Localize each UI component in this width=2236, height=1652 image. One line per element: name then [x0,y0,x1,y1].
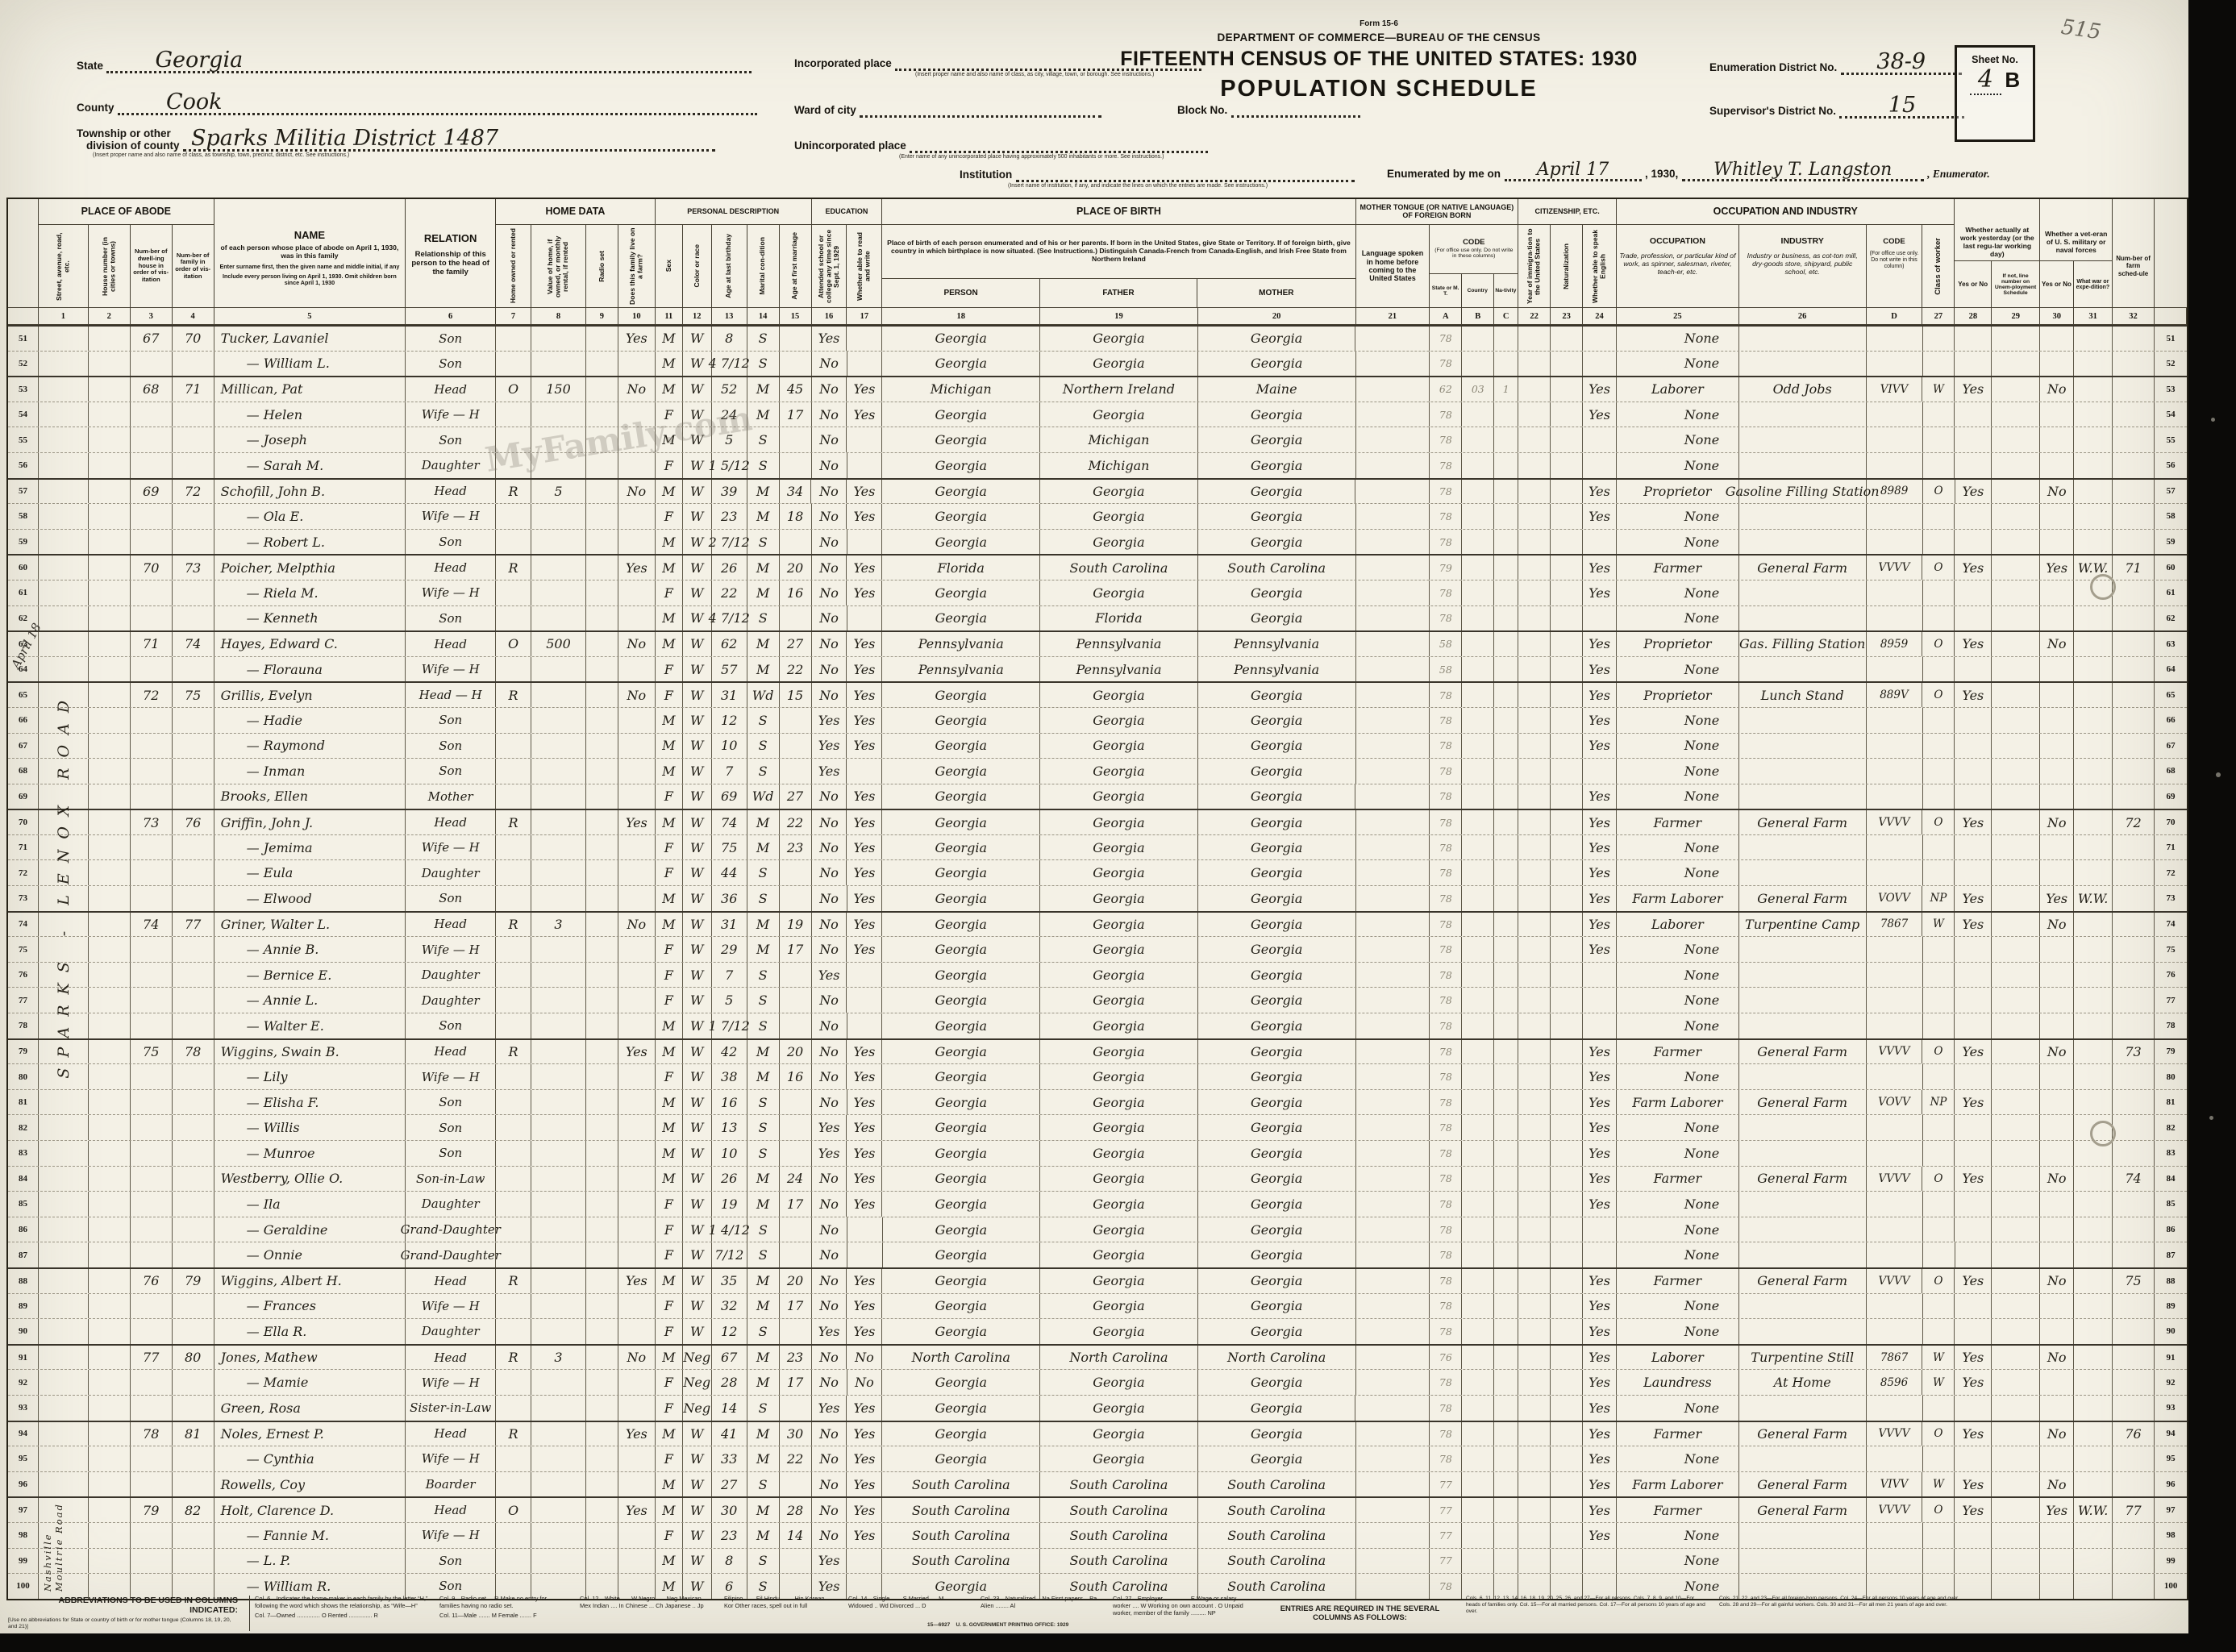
cell-bpp: Georgia [882,1192,1040,1217]
cell-fs [2113,427,2155,452]
cell-farm [618,886,656,911]
cell-fs [2113,913,2155,937]
cell-bpp: Georgia [882,759,1040,784]
cell-sch: No [812,1013,847,1038]
cell-house [89,480,131,504]
cell-fs [2113,1472,2155,1497]
cell-read: Yes [847,1294,882,1319]
cell-farm [618,784,656,809]
colnum-wk: 28 [1955,308,1992,324]
cell-cb [1462,1446,1494,1471]
entries-notes-2: Cols. 21, 22, and 23—For all foreign-bor… [1719,1596,1961,1631]
cell-sex: M [656,734,683,759]
cell-rel: Head [406,913,496,937]
cell-ind [1739,963,1867,988]
cell-race: W [683,1217,712,1242]
cell-ln: 70 [8,810,39,834]
cell-farm: No [618,913,656,937]
cell-read: Yes [847,1446,882,1471]
cell-name: — Annie L. [214,988,406,1013]
cell-fam [173,1090,214,1115]
cell-sch: Yes [812,1319,847,1344]
cell-fs [2113,759,2155,784]
cell-radio [586,1319,618,1344]
cell-lang [1356,1115,1430,1140]
cell-vet [2040,580,2074,605]
colnum-fam: 4 [173,308,214,324]
cell-wk: Yes [1955,632,1992,656]
cell-age: 14 [712,1396,747,1421]
cell-ln: 55 [8,427,39,452]
cell-fam: 77 [173,913,214,937]
cell-ln: 51 [8,327,39,351]
cell-mar: S [747,1217,780,1242]
col-unemployment-line: If not, line number on Unem-ployment Sch… [1992,261,2039,307]
cell-eng: Yes [1583,1167,1617,1192]
cell-sch: No [812,402,847,427]
cell-vet [2040,657,2074,682]
cell-bpm: South Carolina [1198,556,1356,580]
cell-cc: 1 [1494,377,1518,402]
cell-race: Neg [683,1396,712,1421]
cell-yr [1518,580,1551,605]
cell-race: W [683,1141,712,1166]
cell-val [531,1141,586,1166]
cell-ca: 76 [1430,1346,1462,1370]
cell-yr [1518,1446,1551,1471]
cell-fam [173,708,214,733]
cell-ln: 79 [8,1040,39,1064]
ward-label: Ward of city [794,104,856,116]
cell-un [1992,377,2040,402]
cell-sex: M [656,530,683,555]
cell-cls: O [1922,1422,1955,1446]
cell-race: W [683,1269,712,1293]
cell-bpp: Georgia [882,427,1040,452]
cell-cd [1867,784,1923,809]
cell-war [2074,860,2113,885]
cell-un [1992,988,2040,1013]
cell-house [89,530,131,555]
cell-ind: At Home [1739,1370,1867,1395]
colnum-agem: 15 [780,308,812,324]
cell-sex: F [656,1192,683,1217]
cell-val [531,708,586,733]
cell-name: — Hadie [214,708,406,733]
cell-sex: F [656,937,683,962]
cell-house [89,453,131,478]
cell-ln: 88 [8,1269,39,1293]
colnum-un: 29 [1992,308,2040,324]
cell-occ: None [1617,453,1739,478]
table-column-headers: Street, avenue, road, etc. House number … [8,225,2187,307]
col-veterans-group: Whether a vet-eran of U. S. military or … [2040,225,2113,307]
cell-bpm: Georgia [1198,1167,1356,1192]
col-occupation: OCCUPATION Trade, profession, or particu… [1617,225,1739,307]
cell-occ: Farmer [1617,1167,1739,1192]
cell-cc [1494,708,1518,733]
cell-house [89,1422,131,1446]
cell-war [2074,1446,2113,1471]
cell-bpf: North Carolina [1040,1346,1198,1370]
cell-radio [586,988,618,1013]
cell-un [1992,963,2040,988]
cell-name: Rowells, Coy [214,1472,406,1497]
cell-bpf: Georgia [1040,352,1198,377]
cell-house [89,1498,131,1522]
colnum-cb: B [1462,308,1494,324]
cell-radio [586,1040,618,1064]
cell-cc [1494,963,1518,988]
cell-sex: M [656,886,683,911]
cell-house [89,1294,131,1319]
cell-cb [1462,1167,1494,1192]
cell-yr [1518,784,1551,809]
cell-lang [1356,1294,1430,1319]
cell-bpm: Georgia [1198,734,1356,759]
cell-eng: Yes [1583,1498,1617,1522]
census-row: 59— Robert L.SonMW2 7/12SNoGeorgiaGeorgi… [8,529,2187,555]
binder-hole-top [2090,574,2116,600]
cell-cb [1462,657,1494,682]
cell-val [531,886,586,911]
cell-lang [1356,963,1430,988]
cell-yr [1518,683,1551,707]
cell-farm [618,1523,656,1548]
cell-dw [131,352,173,377]
cell-farm [618,1167,656,1192]
census-row: 61— Riela M.Wife — HFW22M16NoYesGeorgiaG… [8,580,2187,605]
cell-age: 1 7/12 [712,1013,747,1038]
cell-sch: No [812,810,847,834]
cell-ind: General Farm [1739,1167,1867,1192]
cell-nat [1551,860,1583,885]
cell-bpm: Georgia [1198,1422,1356,1446]
cell-occ: None [1617,427,1739,452]
cell-cd: 7867 [1867,1346,1923,1370]
cell-ln: 68 [8,759,39,784]
cell-read: Yes [847,657,882,682]
colnum-bpp: 18 [882,308,1040,324]
cell-age: 12 [712,1319,747,1344]
cell-ca: 78 [1430,835,1462,860]
cell-cb [1462,1217,1494,1242]
cell-fs: 71 [2113,556,2155,580]
cell-sch: No [812,1192,847,1217]
cell-cc [1494,606,1518,631]
cell-bpm: Georgia [1198,886,1356,911]
cell-read: Yes [847,402,882,427]
cell-bpm: Georgia [1198,810,1356,834]
cell-wk: Yes [1955,810,1992,834]
cell-nat [1551,734,1583,759]
cell-yr [1518,1242,1551,1267]
cell-cb [1462,810,1494,834]
cell-un [1992,1523,2040,1548]
cell-house [89,963,131,988]
cell-house [89,504,131,529]
cell-wk [1955,1549,1992,1574]
cell-yr [1518,810,1551,834]
cell-fs [2113,784,2155,809]
cell-val [531,556,586,580]
cell-dw: 78 [131,1422,173,1446]
cell-cd [1867,352,1923,377]
cell-rel: Son-in-Law [406,1167,496,1192]
cell-fam [173,453,214,478]
cell-vet [2040,784,2074,809]
cell-house [89,683,131,707]
cell-cls [1923,1141,1955,1166]
cell-vet [2040,860,2074,885]
cell-cb [1462,1498,1494,1522]
cell-ca: 78 [1430,1115,1462,1140]
cell-sex: M [656,1498,683,1522]
cell-bpm: Georgia [1198,1115,1356,1140]
cell-name: — Elisha F. [214,1090,406,1115]
cell-bpm: Georgia [1198,1319,1356,1344]
cell-race: W [683,1294,712,1319]
census-row: 637174Hayes, Edward C.HeadO500NoMW62M27N… [8,630,2187,656]
cell-lang [1356,632,1430,656]
cell-agem [780,886,812,911]
cell-war [2074,708,2113,733]
cell-sex: F [656,504,683,529]
cell-sex: F [656,683,683,707]
cell-ca: 78 [1430,886,1462,911]
cell-cd [1867,734,1923,759]
cell-race: W [683,683,712,707]
cell-ln: 89 [8,1294,39,1319]
cell-radio [586,683,618,707]
cell-mar: S [747,606,780,631]
cell-cd: VVVV [1867,810,1923,834]
cell-sch: No [812,860,847,885]
cell-war [2074,1217,2113,1242]
cell-radio [586,1498,618,1522]
cell-nat [1551,708,1583,733]
cell-fam [173,835,214,860]
cell-cls [1923,580,1955,605]
cell-home [496,1294,531,1319]
col-house-number: House number (in cities or towns) [89,225,131,307]
cell-fs [2113,683,2155,707]
cell-cd [1867,1242,1923,1267]
cell-bpf: Georgia [1040,530,1198,555]
cell-bpm: Georgia [1198,913,1356,937]
cell-rel: Son [406,708,496,733]
cell-ca: 78 [1430,480,1462,504]
cell-agem [780,530,812,555]
cell-bpp: Georgia [882,1141,1040,1166]
cell-cls [1923,1013,1955,1038]
cell-cls [1923,402,1955,427]
cell-cls [1923,708,1955,733]
cell-lang [1356,734,1430,759]
cell-ca: 78 [1430,1422,1462,1446]
cell-home [496,963,531,988]
cell-farm [618,580,656,605]
cell-lang [1356,1422,1430,1446]
cell-bpm: Georgia [1198,1446,1356,1471]
cell-eng [1583,530,1617,555]
cell-wk [1955,1294,1992,1319]
cell-home [496,580,531,605]
cell-cb [1462,606,1494,631]
cell-cls [1923,1319,1955,1344]
cell-wk [1955,1319,1992,1344]
cell-occ: Farm Laborer [1617,1472,1739,1497]
cell-age: 39 [712,480,747,504]
cell-occ: None [1617,1294,1739,1319]
cell-fam [173,427,214,452]
cell-bpp: Georgia [882,734,1040,759]
cell-home: R [496,683,531,707]
cell-age: 27 [712,1472,747,1497]
cell-ln: 52 [8,352,39,377]
cell-ind [1739,1294,1867,1319]
cell-yr [1518,1472,1551,1497]
cell-nat [1551,1319,1583,1344]
cell-mar: S [747,1242,780,1267]
col-class-of-worker: Class of worker [1922,225,1955,307]
cell-rel: Head [406,810,496,834]
cell-fam [173,1217,214,1242]
cell-bpp: Georgia [882,1013,1040,1038]
cell-ca: 79 [1430,556,1462,580]
cell-age: 26 [712,556,747,580]
census-row: 55— JosephSonMW5SNoGeorgiaMichiganGeorgi… [8,427,2187,452]
cell-lang [1356,427,1430,452]
cell-bpf: Georgia [1040,1269,1198,1293]
unincorporated-label: Unincorporated place [794,139,906,152]
cell-race: W [683,1472,712,1497]
cell-cc [1494,453,1518,478]
cell-cd [1867,1523,1923,1548]
cell-occ: Laborer [1617,913,1739,937]
col-code-d: CODE (For office use only. Do not write … [1867,225,1923,307]
cell-age: 69 [712,784,747,809]
cell-occ: None [1617,1242,1739,1267]
cell-cd [1867,988,1923,1013]
colnum-ind: 26 [1739,308,1867,324]
cell-rel: Grand-Daughter [406,1217,496,1242]
colnum-bpm: 20 [1198,308,1356,324]
cell-fam: 80 [173,1346,214,1370]
cell-house [89,1141,131,1166]
cell-occ: Farmer [1617,556,1739,580]
cell-ln: 96 [8,1472,39,1497]
cell-lnr: 69 [2155,784,2187,809]
cell-eng: Yes [1583,1090,1617,1115]
colnum-mar: 14 [747,308,780,324]
cell-war [2074,657,2113,682]
cell-yr [1518,1040,1551,1064]
cell-eng: Yes [1583,1269,1617,1293]
cell-wk [1955,988,1992,1013]
cell-bpp: Georgia [882,963,1040,988]
cell-lnr: 95 [2155,1446,2187,1471]
cell-vet: Yes [2040,556,2074,580]
census-row: 96Rowells, CoyBoarderMW27SNoYesSouth Car… [8,1471,2187,1497]
cell-read: Yes [847,1269,882,1293]
census-row: 73— ElwoodSonMW36SNoYesGeorgiaGeorgiaGeo… [8,885,2187,911]
cell-cd: VOVV [1867,1090,1923,1115]
cell-race: W [683,759,712,784]
census-row: 87— OnnieGrand-DaughterFW7/12SNoGeorgiaG… [8,1242,2187,1267]
cell-rel: Daughter [406,860,496,885]
county-value: Cook [166,89,223,114]
cell-bpf: Georgia [1040,1242,1198,1267]
col-home-value: Value of home, if owned, or monthly rent… [531,225,586,307]
cell-read: No [847,1346,882,1370]
cell-un [1992,1346,2040,1370]
cell-sch: No [812,504,847,529]
cell-sex: F [656,1370,683,1395]
cell-name: Jones, Mathew [214,1346,406,1370]
cell-mar: S [747,352,780,377]
cell-agem [780,1141,812,1166]
cell-sch: No [812,1040,847,1064]
cell-name: — Kenneth [214,606,406,631]
cell-age: 52 [712,377,747,402]
cell-home [496,657,531,682]
cell-cls [1923,784,1955,809]
cell-ln: 98 [8,1523,39,1548]
cell-rel: Son [406,886,496,911]
cell-lang [1356,453,1430,478]
cell-occ: None [1617,1523,1739,1548]
cell-farm [618,1242,656,1267]
cell-mar: M [747,835,780,860]
paper: State Georgia County Cook Township or ot… [0,0,2188,1633]
cell-age: 7 [712,963,747,988]
cell-race: W [683,886,712,911]
abbr-col9: Col. 9—Radio set ... R Make no entry for… [439,1596,568,1610]
cell-race: W [683,1167,712,1192]
cell-bpm: Georgia [1198,1064,1356,1089]
cell-farm [618,1192,656,1217]
cell-ind: Turpentine Camp [1739,913,1867,937]
cell-fs: 75 [2113,1269,2155,1293]
cell-nat [1551,1523,1583,1548]
entries-notes-1: Cols. 6, 11, 12, 13, 14, 16, 18, 19, 20,… [1466,1596,1708,1631]
cell-name: — Geraldine [214,1217,406,1242]
cell-vet [2040,352,2074,377]
cell-val [531,860,586,885]
cell-house [89,937,131,962]
cell-sex: M [656,1422,683,1446]
cell-bpp: Georgia [882,1319,1040,1344]
cell-race: W [683,1498,712,1522]
cell-fs: 74 [2113,1167,2155,1192]
cell-bpm: Georgia [1198,963,1356,988]
colnum-rel: 6 [406,308,496,324]
cell-rel: Daughter [406,1192,496,1217]
cell-name: Grillis, Evelyn [214,683,406,707]
cell-bpm: Georgia [1198,1396,1356,1421]
colnum-radio: 9 [586,308,618,324]
cell-cb [1462,1346,1494,1370]
cell-ind [1739,1013,1867,1038]
census-row: 797578Wiggins, Swain B.HeadRYesMW42M20No… [8,1038,2187,1064]
cell-farm [618,937,656,962]
col-veteran-war: What war or expe-dition? [2074,261,2112,307]
cell-occ: None [1617,580,1739,605]
colnum-lang: 21 [1356,308,1430,324]
cell-wk [1955,1217,1992,1242]
cell-house [89,1446,131,1471]
